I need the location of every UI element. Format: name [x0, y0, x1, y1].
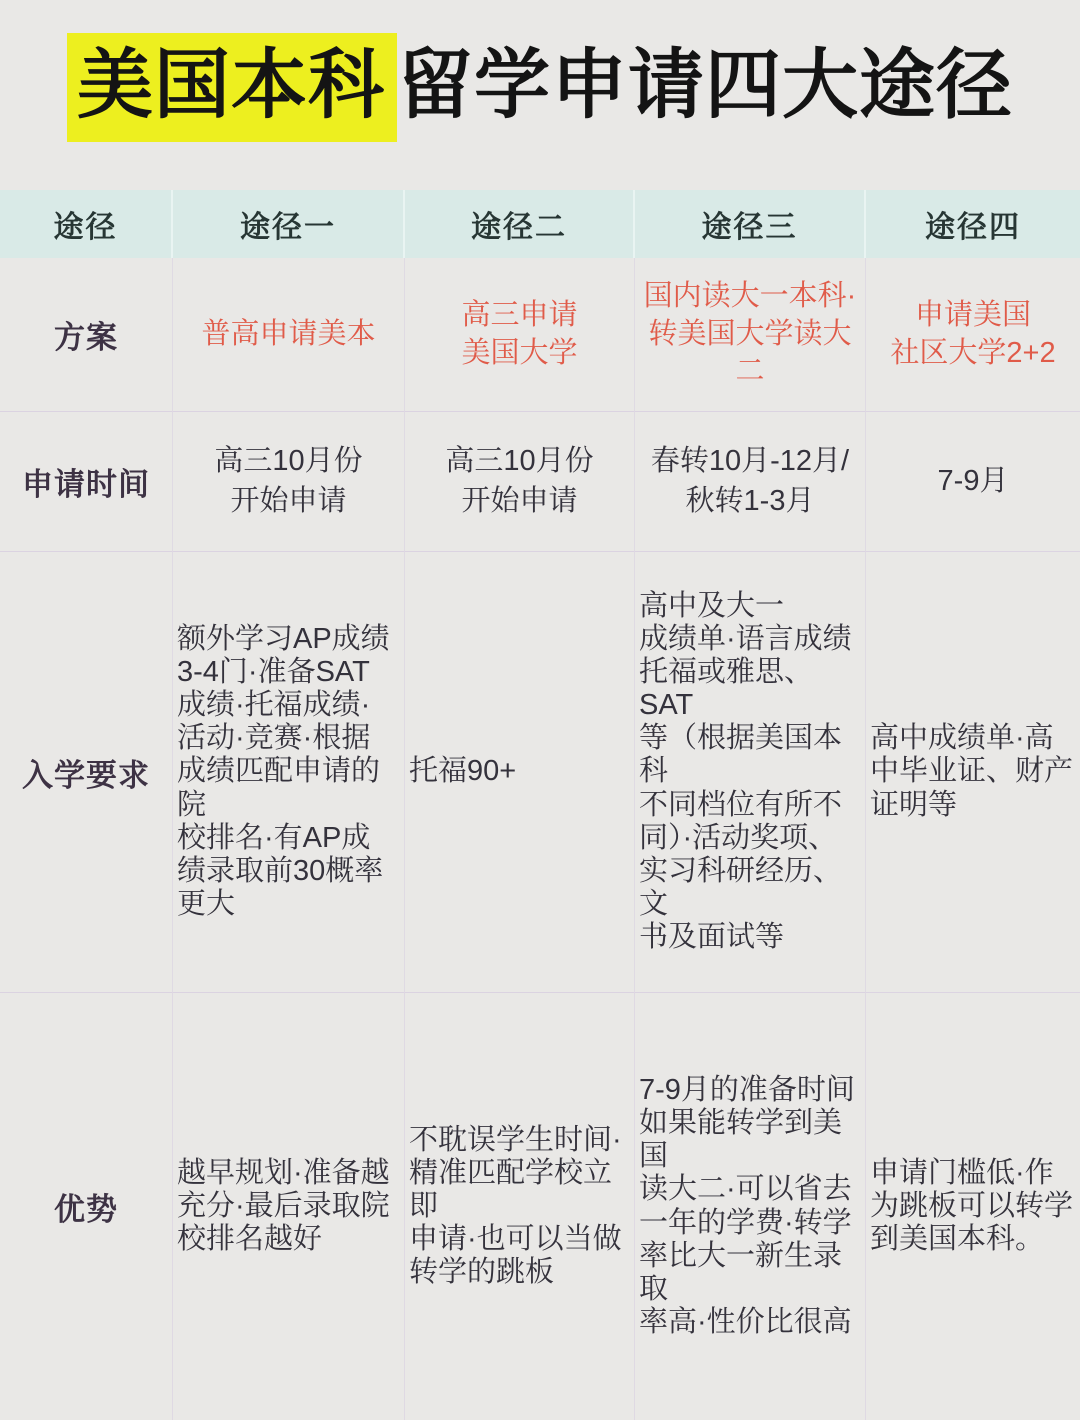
- title-rest: 留学申请四大途径: [397, 43, 1013, 128]
- row-label-application-time: 申请时间: [0, 412, 173, 552]
- page-title: 美国本科留学申请四大途径: [67, 40, 1013, 131]
- cell-requirements-path3: 高中及大一 成绩单·语言成绩 托福或雅思、SAT 等（根据美国本科 不同档位有所…: [635, 552, 866, 993]
- header-col-path-4: 途径四: [866, 190, 1080, 258]
- cell-requirements-path4: 高中成绩单·高 中毕业证、财产 证明等: [866, 552, 1080, 993]
- cell-advantages-path4: 申请门槛低·作 为跳板可以转学 到美国本科。: [866, 993, 1080, 1420]
- cell-requirements-path1: 额外学习AP成绩 3-4门·准备SAT 成绩·托福成绩· 活动·竞赛·根据 成绩…: [173, 552, 405, 993]
- row-label-plan: 方案: [0, 258, 173, 412]
- title-highlight: 美国本科: [67, 33, 397, 142]
- row-label-advantages: 优势: [0, 993, 173, 1420]
- header-col-path-2: 途径二: [405, 190, 635, 258]
- header-col-path-3: 途径三: [635, 190, 866, 258]
- header-col-path: 途径: [0, 190, 173, 258]
- cell-plan-path2: 高三申请 美国大学: [405, 258, 635, 412]
- cell-time-path3: 春转10月-12月/ 秋转1-3月: [635, 412, 866, 552]
- pathways-table: 途径 途径一 途径二 途径三 途径四 方案 普高申请美本 高三申请 美国大学 国…: [0, 190, 1080, 1420]
- cell-advantages-path3: 7-9月的准备时间 如果能转学到美国 读大二·可以省去 一年的学费·转学 率比大…: [635, 993, 866, 1420]
- cell-time-path2: 高三10月份 开始申请: [405, 412, 635, 552]
- infographic: 美国本科留学申请四大途径 途径 途径一 途径二 途径三 途径四 方案 普高申请美…: [0, 0, 1080, 1420]
- cell-plan-path4: 申请美国 社区大学2+2: [866, 258, 1080, 412]
- cell-plan-path3: 国内读大一本科· 转美国大学读大二: [635, 258, 866, 412]
- cell-time-path4: 7-9月: [866, 412, 1080, 552]
- header-col-path-1: 途径一: [173, 190, 405, 258]
- row-label-admission-requirements: 入学要求: [0, 552, 173, 993]
- cell-requirements-path2: 托福90+: [405, 552, 635, 993]
- cell-advantages-path1: 越早规划·准备越 充分·最后录取院 校排名越好: [173, 993, 405, 1420]
- title-area: 美国本科留学申请四大途径: [0, 0, 1080, 190]
- cell-advantages-path2: 不耽误学生时间· 精准匹配学校立即 申请·也可以当做 转学的跳板: [405, 993, 635, 1420]
- cell-time-path1: 高三10月份 开始申请: [173, 412, 405, 552]
- cell-plan-path1: 普高申请美本: [173, 258, 405, 412]
